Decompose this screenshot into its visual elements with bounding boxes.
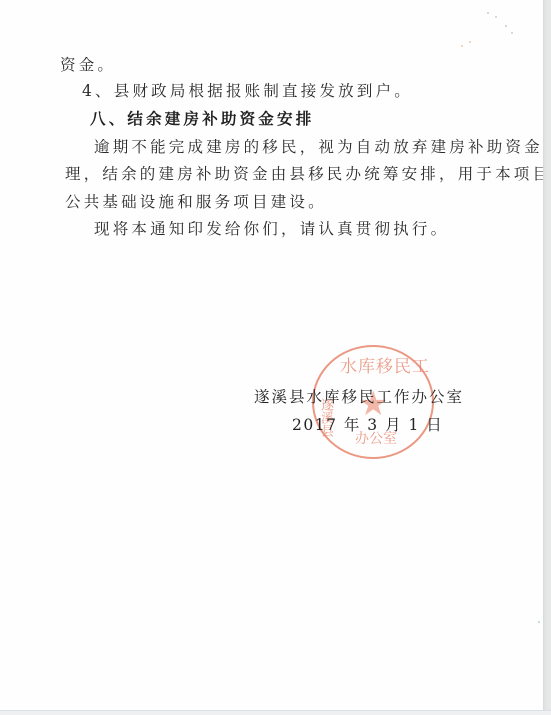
paragraph-line-1: 逾期不能完成建房的移民，视为自动放弃建房补助资金处 [94, 137, 551, 157]
signature-date: 2017 年 3 月 1 日 [292, 413, 443, 435]
page-right-edge [543, 0, 551, 715]
section-heading-8: 八、结余建房补助资金安排 [90, 109, 314, 129]
text-line-continuation: 资金。 [60, 55, 116, 75]
paragraph-line-2: 理，结余的建房补助资金由县移民办统筹安排，用于本项目的 [65, 164, 551, 184]
signature-organization: 遂溪县水库移民工作办公室 [254, 385, 464, 407]
paragraph-line-3: 公共基础设施和服务项目建设。 [65, 192, 327, 212]
seal-top-text: 水库移民工 [340, 352, 430, 377]
text-line-item-4: 4、县财政局根据报账制直接发放到户。 [82, 81, 413, 101]
document-page: 资金。 4、县财政局根据报账制直接发放到户。 八、结余建房补助资金安排 逾期不能… [0, 0, 543, 710]
page-bottom-edge [0, 710, 551, 715]
closing-line: 现将本通知印发给你们，请认真贯彻执行。 [94, 219, 449, 239]
